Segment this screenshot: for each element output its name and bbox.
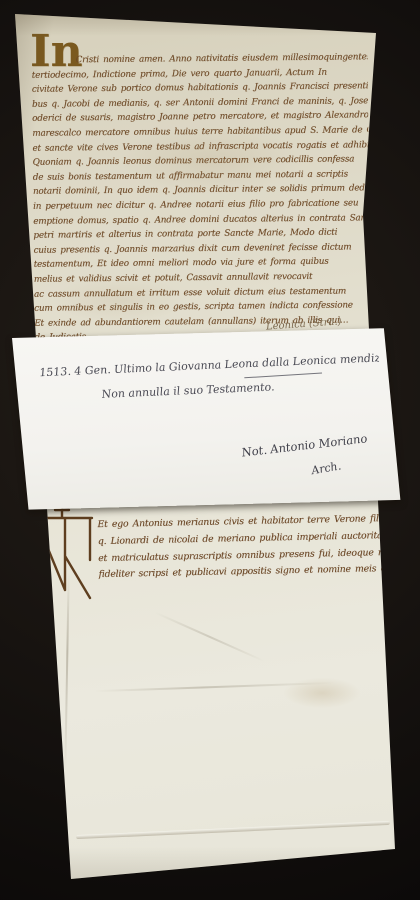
underline-stroke [244, 373, 322, 379]
fold-crease-horizontal [95, 682, 335, 692]
notary-mark-icon [32, 498, 100, 602]
notary-subscription-block: Et ego Antonius merianus civis et habita… [97, 511, 390, 584]
bottom-fold-crease [76, 821, 390, 839]
note-signature-flourish: Arch. [310, 459, 342, 477]
note-signature: Not. Antonio Moriano [240, 431, 368, 459]
note-second-line: Non annulla il suo Testamento. [101, 377, 362, 401]
photograph-of-parchment: In Cristi nomine amen. Anno nativitatis … [0, 0, 420, 900]
manuscript-text-block: Cristi nomine amen. Anno nativitatis eiu… [31, 50, 370, 346]
archivist-note-paper: 1513. 4 Gen. Ultimo la Giovanna Leona da… [12, 328, 400, 509]
note-date-line: 1513. 4 Gen. Ultimo la Giovanna Leona da… [39, 351, 380, 379]
wrinkle-crease [155, 612, 265, 663]
